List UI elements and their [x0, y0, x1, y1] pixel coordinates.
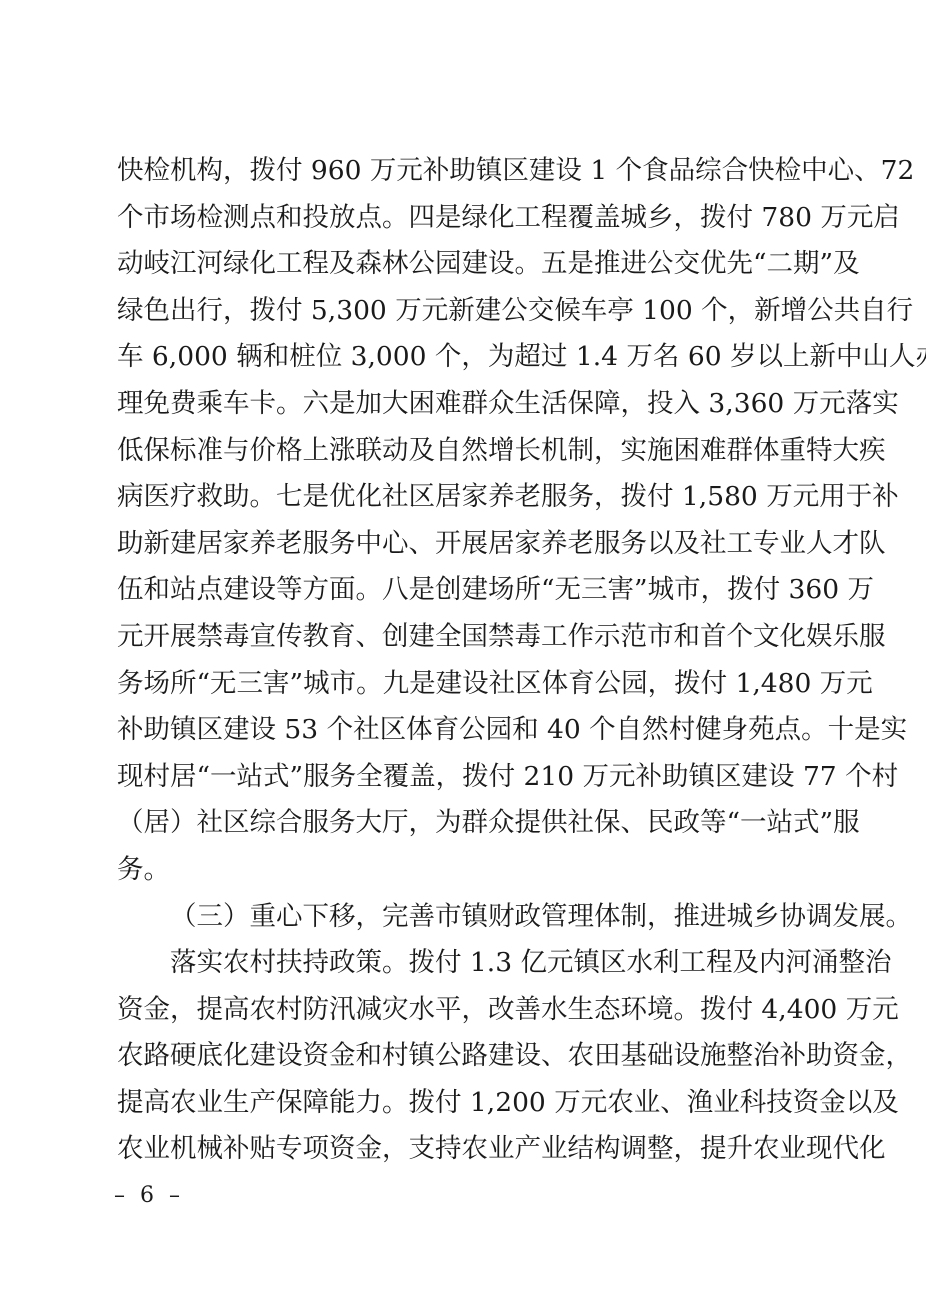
text-line: 低保标准与价格上涨联动及自然增长机制，实施困难群体重特大疾 [117, 428, 813, 475]
text-line: 理免费乘车卡。六是加大困难群众生活保障，投入 3,360 万元落实 [117, 381, 813, 428]
text-line: 车 6,000 辆和桩位 3,000 个，为超过 1.4 万名 60 岁以上新中… [117, 334, 813, 381]
text-line: 元开展禁毒宣传教育、创建全国禁毒工作示范市和首个文化娱乐服 [117, 614, 813, 661]
section-heading: （三）重心下移，完善市镇财政管理体制，推进城乡协调发展。 [117, 894, 813, 941]
page-number: – 6 – [114, 1183, 184, 1208]
text-line: （居）社区综合服务大厅，为群众提供社保、民政等“一站式”服 [117, 800, 813, 847]
text-line: 补助镇区建设 53 个社区体育公园和 40 个自然村健身苑点。十是实 [117, 707, 813, 754]
text-line: 助新建居家养老服务中心、开展居家养老服务以及社工专业人才队 [117, 521, 813, 568]
text-line: 提高农业生产保障能力。拨付 1,200 万元农业、渔业科技资金以及 [117, 1080, 813, 1127]
document-body: 快检机构，拨付 960 万元补助镇区建设 1 个食品综合快检中心、72 个市场检… [117, 148, 813, 1173]
text-line: 现村居“一站式”服务全覆盖，拨付 210 万元补助镇区建设 77 个村 [117, 754, 813, 801]
text-line: 动岐江河绿化工程及森林公园建设。五是推进公交优先“二期”及 [117, 241, 813, 288]
text-line: 资金，提高农村防汛减灾水平，改善水生态环境。拨付 4,400 万元 [117, 987, 813, 1034]
text-line-paragraph-end: 务。 [117, 847, 813, 894]
text-line: 快检机构，拨付 960 万元补助镇区建设 1 个食品综合快检中心、72 [117, 148, 813, 195]
text-line: 务场所“无三害”城市。九是建设社区体育公园，拨付 1,480 万元 [117, 661, 813, 708]
text-line: 农业机械补贴专项资金，支持农业产业结构调整，提升农业现代化 [117, 1126, 813, 1173]
text-line: 农路硬底化建设资金和村镇公路建设、农田基础设施整治补助资金， [117, 1033, 813, 1080]
paragraph-first-line: 落实农村扶持政策。拨付 1.3 亿元镇区水利工程及内河涌整治 [117, 940, 813, 987]
text-line: 病医疗救助。七是优化社区居家养老服务，拨付 1,580 万元用于补 [117, 474, 813, 521]
text-line: 绿色出行，拨付 5,300 万元新建公交候车亭 100 个，新增公共自行 [117, 288, 813, 335]
text-line: 个市场检测点和投放点。四是绿化工程覆盖城乡，拨付 780 万元启 [117, 195, 813, 242]
text-line: 伍和站点建设等方面。八是创建场所“无三害”城市，拨付 360 万 [117, 567, 813, 614]
